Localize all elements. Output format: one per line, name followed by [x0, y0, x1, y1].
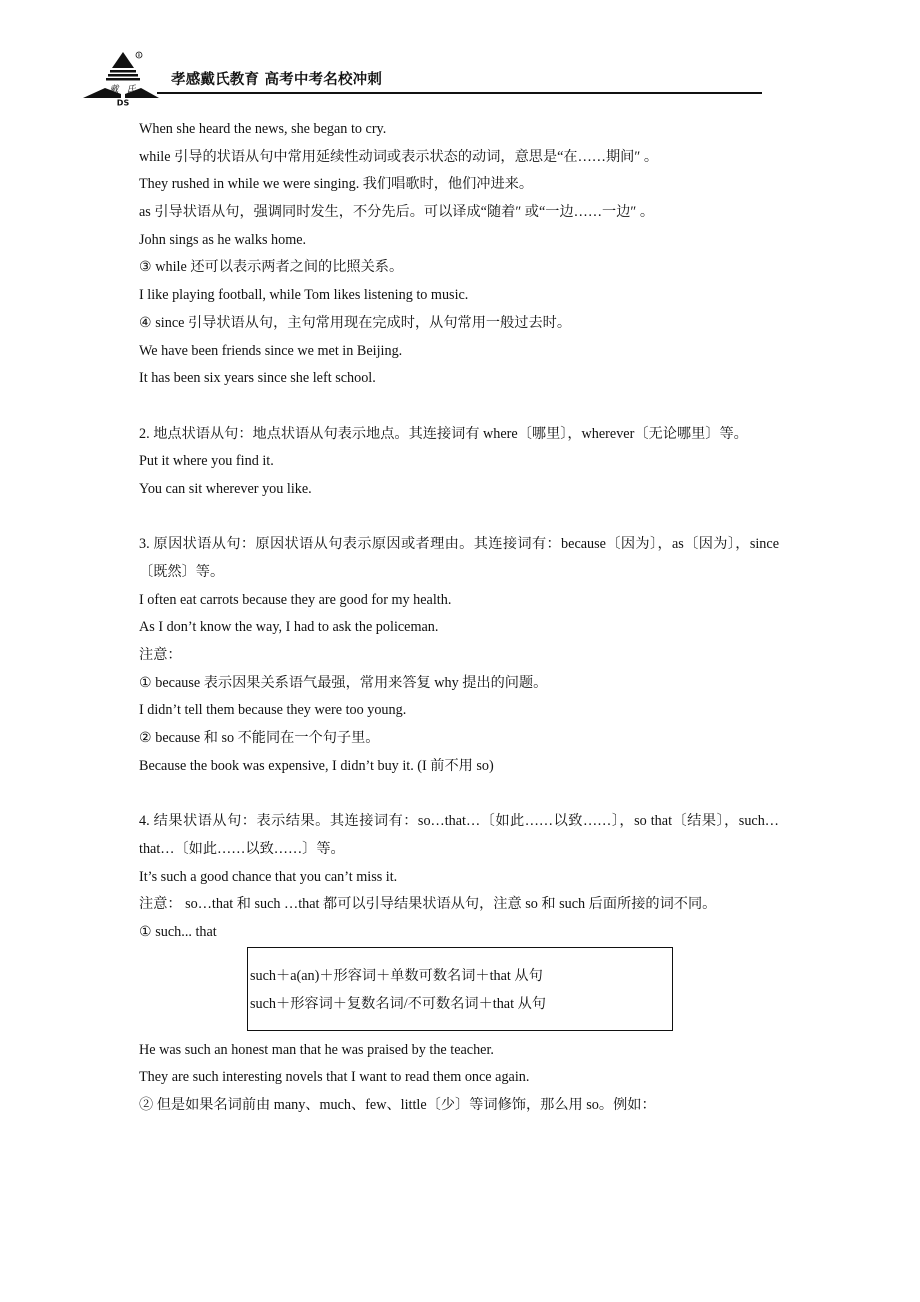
svg-text:DS: DS [117, 99, 130, 107]
example-sentence: I didn’t tell them because they were too… [139, 697, 779, 725]
grammar-rule-box: such＋a(an)＋形容词＋单数可数名词＋that 从句 such＋形容词＋复… [247, 947, 673, 1031]
ds-logo-icon: R 戴 氏 DS [83, 50, 159, 106]
svg-text:R: R [138, 53, 141, 58]
subheading-such-that: ① such... that [139, 919, 779, 947]
example-sentence: As I don’t know the way, I had to ask th… [139, 614, 779, 642]
text-line: We have been friends since we met in Bei… [139, 338, 779, 366]
spacer [139, 504, 779, 532]
text-line: while 引导的状语从句中常用延续性动词或表示状态的动词，意思是“在……期间″… [139, 144, 779, 172]
text-line: When she heard the news, she began to cr… [139, 116, 779, 144]
example-sentence: He was such an honest man that he was pr… [139, 1037, 779, 1065]
text-line: John sings as he walks home. [139, 227, 779, 255]
text-line: ③ while 还可以表示两者之间的比照关系。 [139, 254, 779, 282]
section-heading-result: 4. 结果状语从句：表示结果。其连接词有：so…that…〔如此……以致……〕，… [139, 808, 779, 863]
text-line: They rushed in while we were singing. 我们… [139, 171, 779, 199]
example-sentence: Put it where you find it. [139, 448, 779, 476]
spacer [139, 781, 779, 809]
page-header: R 戴 氏 DS 孝感戴氏教育 高考中考名校冲刺 [0, 0, 920, 110]
example-sentence: They are such interesting novels that I … [139, 1064, 779, 1092]
header-title: 孝感戴氏教育 高考中考名校冲刺 [171, 68, 382, 89]
example-sentence: You can sit wherever you like. [139, 476, 779, 504]
text-line: ④ since 引导状语从句，主句常用现在完成时，从句常用一般过去时。 [139, 310, 779, 338]
section-heading-reason: 3. 原因状语从句：原因状语从句表示原因或者理由。其连接词有：because〔因… [139, 531, 779, 586]
text-line: I like playing football, while Tom likes… [139, 282, 779, 310]
note-item: ② 但是如果名词前由 many、much、few、little〔少〕等词修饰，那… [139, 1092, 779, 1120]
text-line: It has been six years since she left sch… [139, 365, 779, 393]
note-label: 注意： [139, 642, 779, 670]
note-item: ① because 表示因果关系语气最强，常用来答复 why 提出的问题。 [139, 670, 779, 698]
example-sentence: I often eat carrots because they are goo… [139, 587, 779, 615]
example-sentence: It’s such a good chance that you can’t m… [139, 864, 779, 892]
example-sentence: Because the book was expensive, I didn’t… [139, 753, 779, 781]
rule-line: such＋形容词＋复数名词/不可数名词＋that 从句 [250, 990, 672, 1018]
text-line: as 引导状语从句，强调同时发生，不分先后。可以译成“随着″ 或“一边……一边″… [139, 199, 779, 227]
document-body: When she heard the news, she began to cr… [139, 116, 779, 1120]
rule-line: such＋a(an)＋形容词＋单数可数名词＋that 从句 [250, 962, 672, 990]
spacer [139, 393, 779, 421]
note-item: 注意： so…that 和 such …that 都可以引导结果状语从句，注意 … [139, 891, 779, 919]
note-item: ② because 和 so 不能同在一个句子里。 [139, 725, 779, 753]
section-heading-place: 2. 地点状语从句：地点状语从句表示地点。其连接词有 where〔哪里〕，whe… [139, 421, 779, 449]
header-divider [157, 92, 762, 94]
